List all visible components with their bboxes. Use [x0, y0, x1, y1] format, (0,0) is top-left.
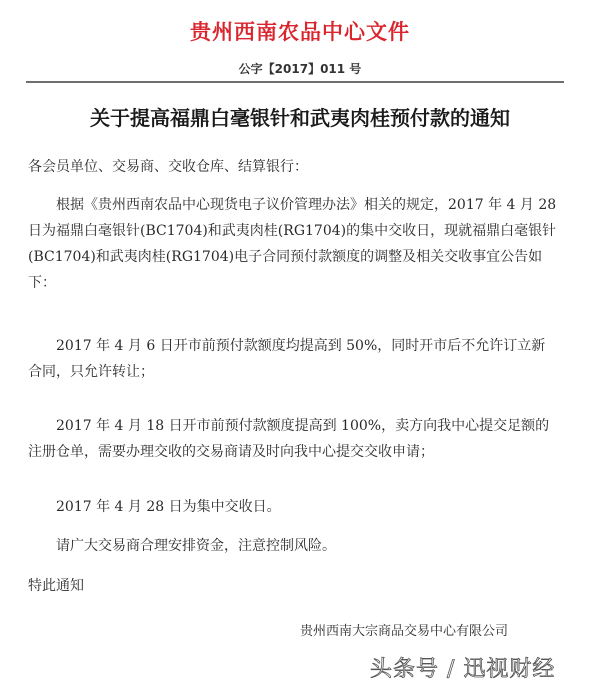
salutation: 各会员单位、交易商、交收仓库、结算银行： [28, 154, 558, 180]
watermark: 头条号 / 迅视财经 [370, 652, 555, 683]
paragraph-april-28: 2017 年 4 月 28 日为集中交收日。 [28, 494, 558, 520]
closing-text: 特此通知 [28, 573, 558, 599]
signature-company: 贵州西南大宗商品交易中心有限公司 [300, 620, 560, 639]
paragraph-basis: 根据《贵州西南农品中心现货电子议价管理办法》相关的规定，2017 年 4 月 2… [28, 192, 558, 296]
header-divider [26, 81, 564, 83]
document-header-title: 贵州西南农品中心文件 [0, 16, 600, 46]
paragraph-april-6: 2017 年 4 月 6 日开市前预付款额度均提高到 50%，同时开市后不允许订… [28, 333, 558, 385]
paragraph-risk-reminder: 请广大交易商合理安排资金，注意控制风险。 [28, 533, 558, 559]
paragraph-april-18: 2017 年 4 月 18 日开市前预付款额度提高到 100%，卖方向我中心提交… [28, 413, 558, 465]
notice-title: 关于提高福鼎白毫银针和武夷肉桂预付款的通知 [0, 102, 600, 131]
document-number: 公字【2017】011 号 [0, 60, 600, 77]
